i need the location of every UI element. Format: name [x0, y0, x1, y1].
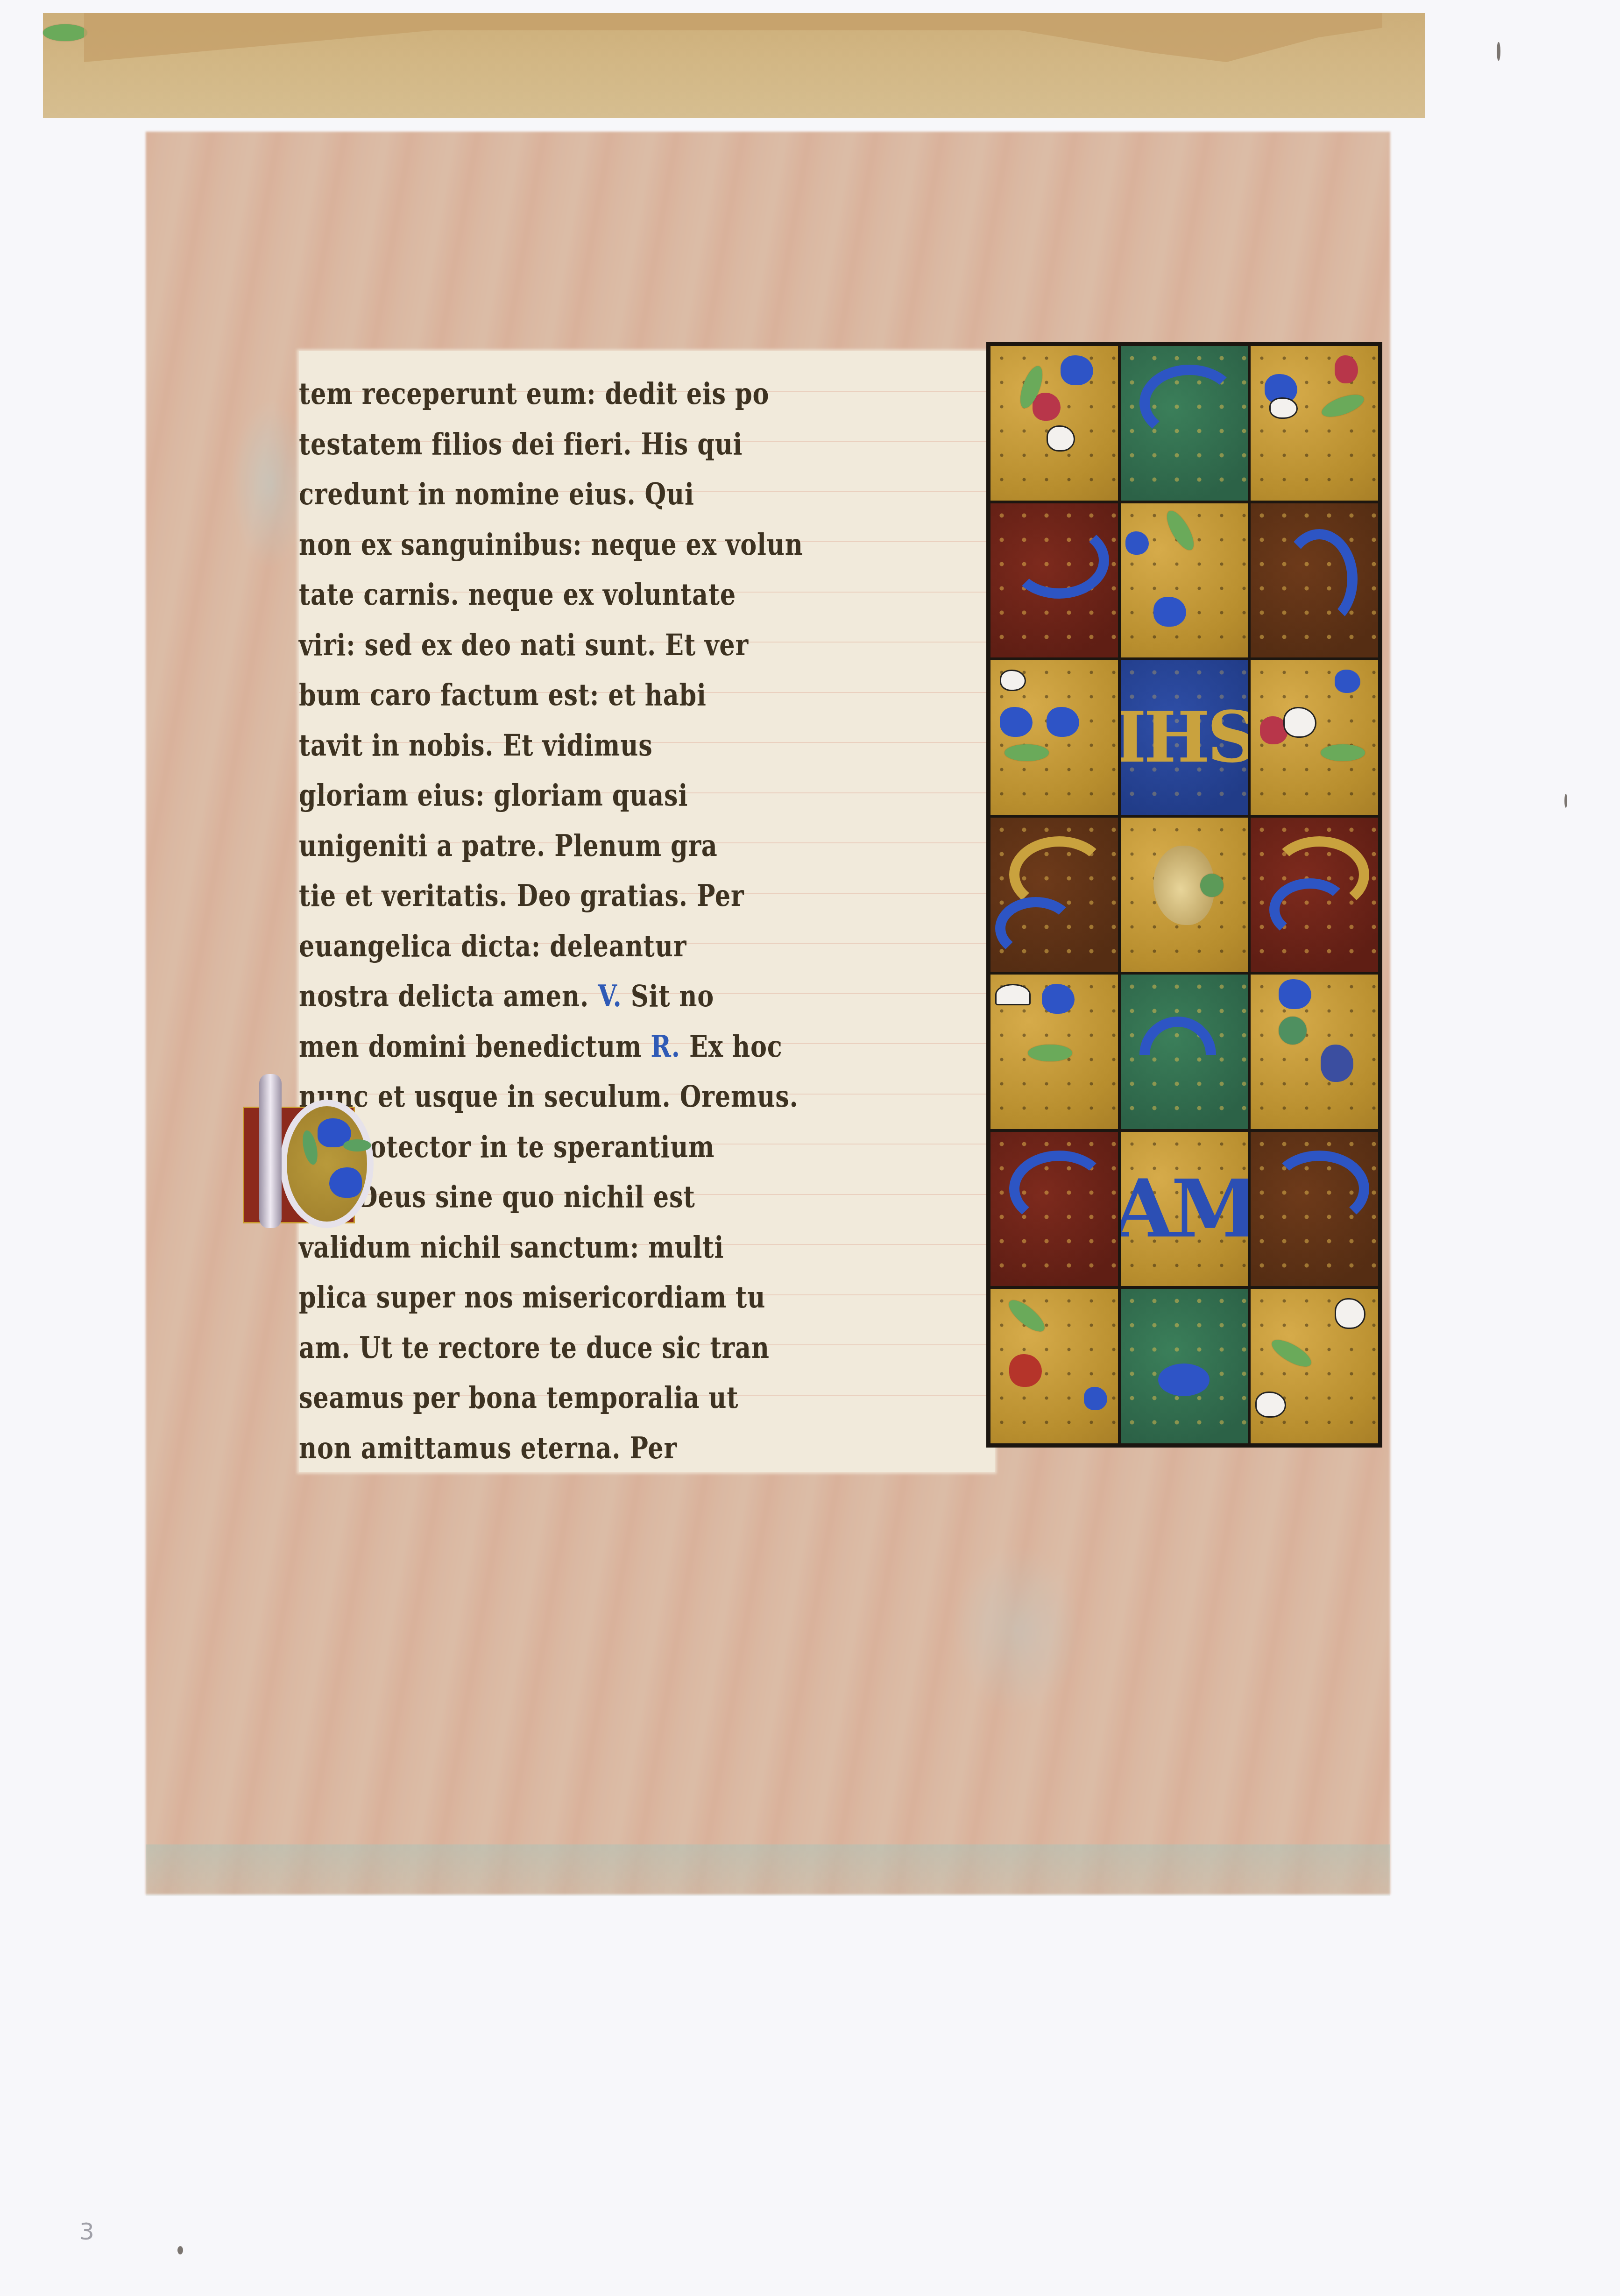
- pencil-folio-number: 3: [79, 2218, 94, 2245]
- gothic-text: tem receperunt eum: dedit eis po testate…: [299, 369, 999, 1473]
- text-line: bum caro factum est: et habi: [299, 670, 873, 721]
- text-line: Deus sine quo nichil est: [299, 1172, 873, 1222]
- response-mark: R.: [651, 1029, 680, 1064]
- border-cell-pansies: [989, 659, 1119, 816]
- border-cell-ihs: IHS: [1119, 659, 1250, 816]
- border-cell-vase: [1119, 1287, 1250, 1445]
- text-line: rotector in te sperantium: [299, 1122, 873, 1173]
- border-cell-pansies: [1119, 502, 1250, 659]
- text-line: credunt in nomine eius. Qui: [299, 469, 873, 520]
- text-line: euangelica dicta: deleantur: [299, 921, 873, 972]
- border-cell-red-flower: [989, 1287, 1119, 1445]
- text-line: tie et veritatis. Deo gratias. Per: [299, 871, 873, 921]
- versicle-mark: V.: [598, 979, 622, 1014]
- illuminated-border-panel: IHS AM: [986, 342, 1382, 1448]
- border-cell-acanthus: [989, 816, 1119, 974]
- border-cell-pansy: [1249, 345, 1379, 502]
- text-line: tavit in nobis. Et vidimus: [299, 721, 873, 771]
- border-cell-acanthus: [1249, 1130, 1379, 1288]
- ihs-monogram: IHS: [1121, 660, 1248, 815]
- border-cell-acanthus: [989, 1130, 1119, 1288]
- text-line: testatem filios dei fieri. His qui: [299, 419, 873, 470]
- border-cell-acanthus: [1249, 502, 1379, 659]
- text-line-response: men domini benedictum R. Ex hoc: [299, 1022, 873, 1072]
- border-cell-acanthus: [989, 502, 1119, 659]
- text-line: viri: sed ex deo nati sunt. Et ver: [299, 620, 873, 671]
- text-line: tate carnis. neque ex voluntate: [299, 570, 873, 620]
- border-cell-am: AM: [1119, 1130, 1250, 1288]
- vellum-leaf: [43, 24, 87, 41]
- text-line: tem receperunt eum: dedit eis po: [299, 369, 873, 419]
- text-line: am. Ut te rectore te duce sic tran: [299, 1323, 873, 1373]
- verso-border-showthrough-bottom: [146, 1844, 1390, 1896]
- text-line: non amittamus eterna. Per: [299, 1423, 873, 1474]
- border-cell-carnation: [1249, 1287, 1379, 1445]
- border-cell-acanthus: [1119, 345, 1250, 502]
- border-cell-carnation: [989, 973, 1119, 1130]
- border-cell-grapes: [1249, 973, 1379, 1130]
- text-line: plica super nos misericordiam tu: [299, 1272, 873, 1323]
- border-cell-stems: [1119, 973, 1250, 1130]
- border-cell-bird: [1119, 816, 1250, 974]
- text-line: gloriam eius: gloriam quasi: [299, 770, 873, 821]
- border-cell-flowers: [989, 345, 1119, 502]
- text-line: non ex sanguinibus: neque ex volun: [299, 520, 873, 570]
- text-line: nunc et usque in seculum. Oremus.: [299, 1072, 873, 1122]
- initial-letter: P: [243, 1107, 355, 1223]
- text-line: seamus per bona temporalia ut: [299, 1373, 873, 1423]
- border-cell-acanthus: [1249, 816, 1379, 974]
- am-monogram: AM: [1121, 1132, 1248, 1286]
- text-line-versicle: nostra delicta amen. V. Sit no: [299, 971, 873, 1022]
- border-cell-strawberry: [1249, 659, 1379, 816]
- text-line: validum nichil sanctum: multi: [299, 1222, 873, 1273]
- text-line: unigeniti a patre. Plenum gra: [299, 821, 873, 871]
